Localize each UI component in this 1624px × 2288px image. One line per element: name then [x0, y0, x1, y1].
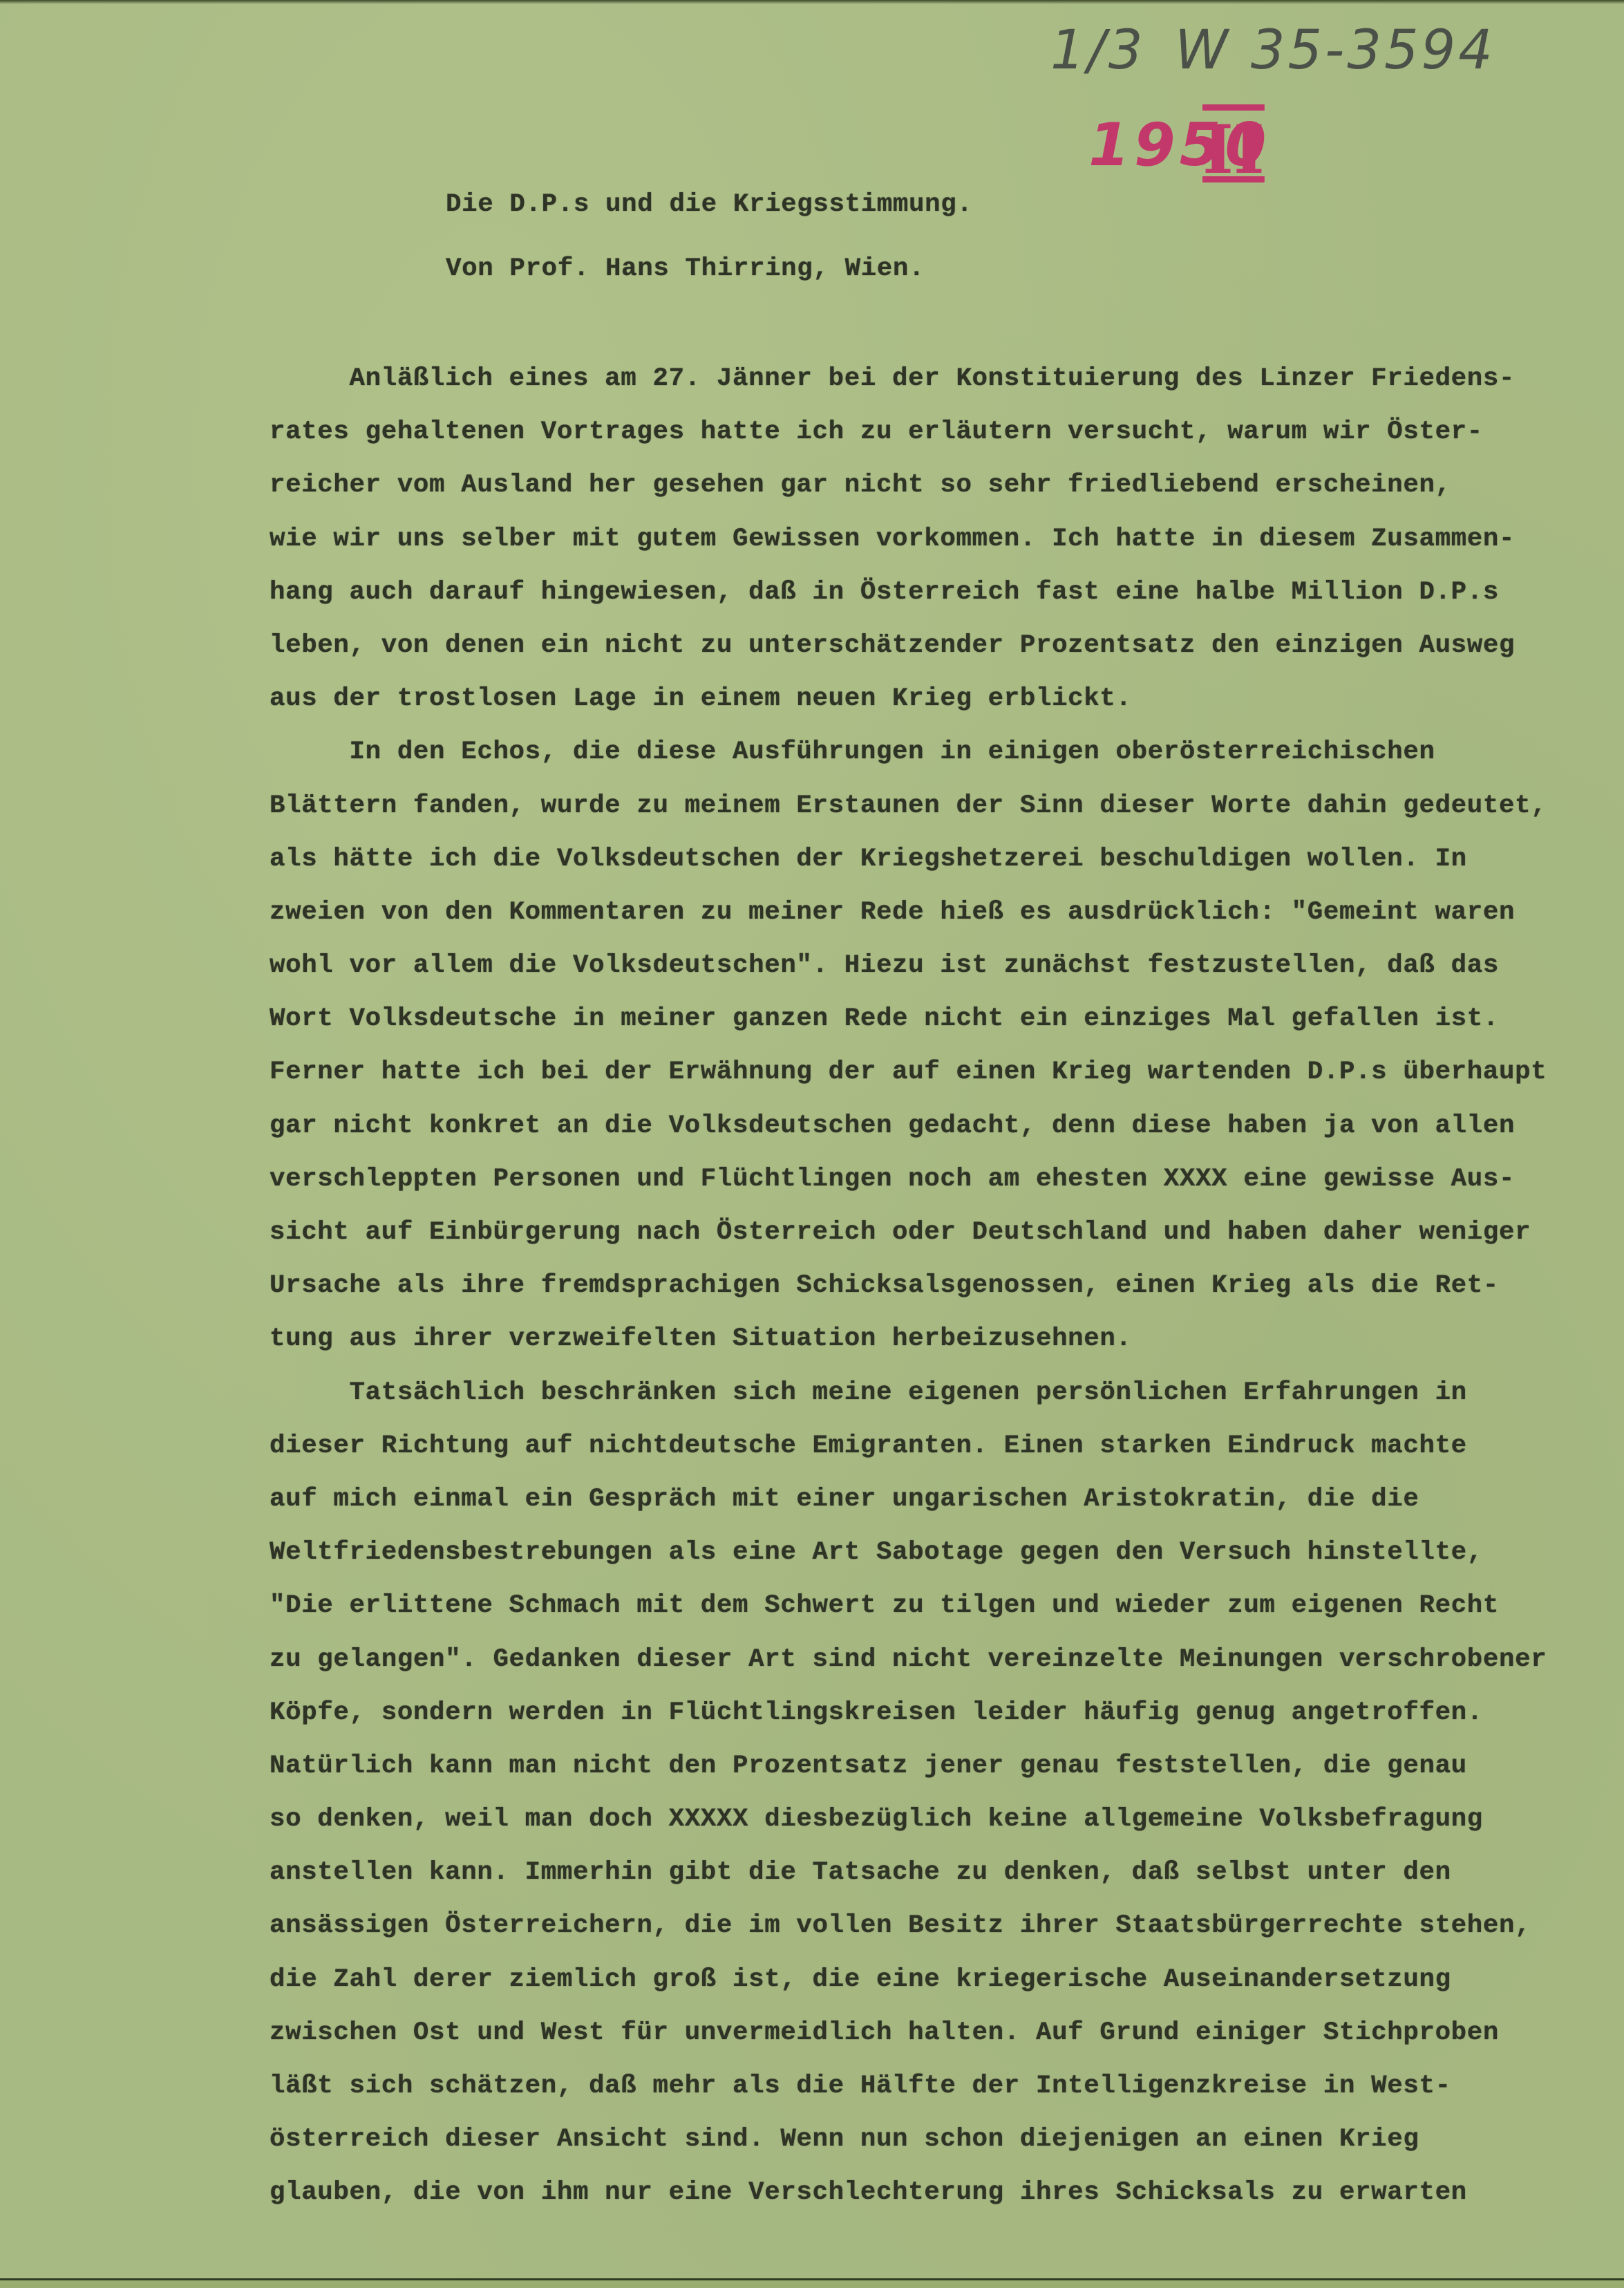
- text-line: so denken, weil man doch XXXXX diesbezüg…: [270, 1793, 1547, 1846]
- text-line: leben, von denen ein nicht zu unterschät…: [270, 619, 1547, 673]
- text-line: die Zahl derer ziemlich groß ist, die ei…: [270, 1953, 1547, 2007]
- text-line: hang auch darauf hingewiesen, daß in Öst…: [270, 566, 1547, 619]
- text-line: zu gelangen". Gedanken dieser Art sind n…: [270, 1633, 1547, 1687]
- text-line: zweien von den Kommentaren zu meiner Red…: [270, 886, 1547, 939]
- text-line: Blättern fanden, wurde zu meinem Erstaun…: [270, 780, 1547, 833]
- text-line: Weltfriedensbestrebungen als eine Art Sa…: [270, 1526, 1547, 1579]
- text-line: österreich dieser Ansicht sind. Wenn nun…: [270, 2113, 1547, 2166]
- document-body: Anläßlich eines am 27. Jänner bei der Ko…: [270, 353, 1547, 2220]
- document-page: 1/3 W 35-3594 1950 II Die D.P.s und die …: [0, 0, 1624, 2288]
- text-line: Wort Volksdeutsche in meiner ganzen Rede…: [270, 993, 1547, 1046]
- text-line: reicher vom Ausland her gesehen gar nich…: [270, 459, 1547, 512]
- document-title: Die D.P.s und die Kriegsstimmung.: [446, 190, 972, 219]
- text-line: gar nicht konkret an die Volksdeutschen …: [270, 1100, 1547, 1153]
- text-line: dieser Richtung auf nichtdeutsche Emigra…: [270, 1420, 1547, 1473]
- text-line: anstellen kann. Immerhin gibt die Tatsac…: [270, 1846, 1547, 1900]
- text-line: Anläßlich eines am 27. Jänner bei der Ko…: [270, 353, 1547, 406]
- text-line: "Die erlittene Schmach mit dem Schwert z…: [270, 1579, 1547, 1633]
- text-line: Tatsächlich beschränken sich meine eigen…: [270, 1367, 1547, 1420]
- text-line: Köpfe, sondern werden in Flüchtlingskrei…: [270, 1687, 1547, 1740]
- text-line: auf mich einmal ein Gespräch mit einer u…: [270, 1473, 1547, 1526]
- text-line: wie wir uns selber mit gutem Gewissen vo…: [270, 513, 1547, 566]
- handwritten-archive-signature: W 35-3594: [1175, 19, 1495, 82]
- scan-top-edge: [0, 0, 1624, 4]
- text-line: aus der trostlosen Lage in einem neuen K…: [270, 673, 1547, 726]
- handwritten-roman-mark: II: [1202, 111, 1265, 189]
- text-line: ansässigen Österreichern, die im vollen …: [270, 1900, 1547, 1953]
- document-author: Von Prof. Hans Thirring, Wien.: [446, 254, 925, 283]
- text-line: als hätte ich die Volksdeutschen der Kri…: [270, 833, 1547, 886]
- text-line: rates gehaltenen Vortrages hatte ich zu …: [270, 406, 1547, 459]
- text-line: glauben, die von ihm nur eine Verschlech…: [270, 2166, 1547, 2220]
- text-line: Ferner hatte ich bei der Erwähnung der a…: [270, 1046, 1547, 1099]
- text-line: zwischen Ost und West für unvermeidlich …: [270, 2007, 1547, 2060]
- text-line: sicht auf Einbürgerung nach Österreich o…: [270, 1206, 1547, 1259]
- scan-bottom-edge: [0, 2278, 1624, 2288]
- text-line: läßt sich schätzen, daß mehr als die Häl…: [270, 2060, 1547, 2113]
- text-line: Natürlich kann man nicht den Prozentsatz…: [270, 1740, 1547, 1793]
- handwritten-page-number: 1/3: [1050, 19, 1146, 82]
- text-line: In den Echos, die diese Ausführungen in …: [270, 726, 1547, 779]
- text-line: verschleppten Personen und Flüchtlingen …: [270, 1153, 1547, 1206]
- text-line: tung aus ihrer verzweifelten Situation h…: [270, 1313, 1547, 1366]
- text-line: wohl vor allem die Volksdeutschen". Hiez…: [270, 939, 1547, 993]
- text-line: Ursache als ihre fremdsprachigen Schicks…: [270, 1259, 1547, 1313]
